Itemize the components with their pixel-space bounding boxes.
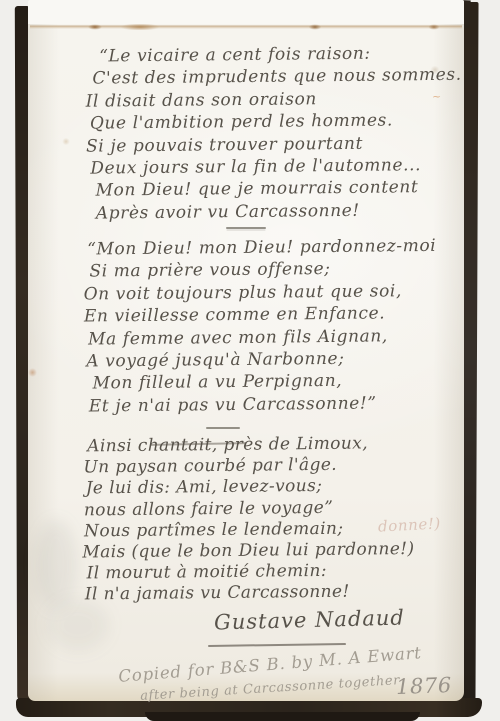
poem-line: En vieillesse comme en Enfance.	[84, 302, 437, 328]
pencil-annotation-year: 1876	[396, 673, 453, 699]
page-top-edge	[28, 0, 464, 24]
poem-line: Ma femme avec mon fils Aignan,	[88, 324, 437, 350]
notebook-cover-bottom-lip	[145, 712, 420, 721]
stanza-separator	[206, 427, 240, 429]
photograph-of-notebook: ~ “Le vicaire a cent fois raison: C'est …	[0, 0, 500, 721]
poem-line: Et je n'ai pas vu Carcassonne!”	[89, 392, 438, 418]
manuscript-page: ~ “Le vicaire a cent fois raison: C'est …	[28, 0, 464, 701]
author-signature: Gustave Nadaud	[214, 606, 405, 635]
graphite-smudge	[48, 600, 108, 650]
poem-line: Mon Dieu! que je mourrais content	[95, 176, 462, 202]
poem-stanza-2: “Mon Dieu! mon Dieu! pardonnez-moi Si ma…	[27, 235, 438, 418]
mounting-seam	[30, 24, 462, 30]
signature-underline	[208, 643, 346, 647]
poem-line: Il n'a jamais vu Carcassonne!	[85, 581, 415, 606]
poem-line: C'est des imprudents que nous sommes.	[92, 64, 461, 90]
poem-line: “Mon Dieu! mon Dieu! pardonnez-moi	[87, 235, 436, 261]
poem-line: Ainsi chantait, près de Limoux,	[87, 433, 413, 458]
poem-line: Après avoir vu Carcassonne!	[96, 198, 463, 224]
poem-stanza-1: “Le vicaire a cent fois raison: C'est de…	[27, 42, 463, 226]
poem-stanza-3: Ainsi chantait, près de Limoux, Un paysa…	[27, 433, 415, 607]
ink-offset-ghost-text: donne!)	[378, 514, 442, 535]
poem-line: Mais (que le bon Dieu lui pardonne!)	[82, 539, 414, 564]
stanza-separator	[226, 227, 266, 229]
